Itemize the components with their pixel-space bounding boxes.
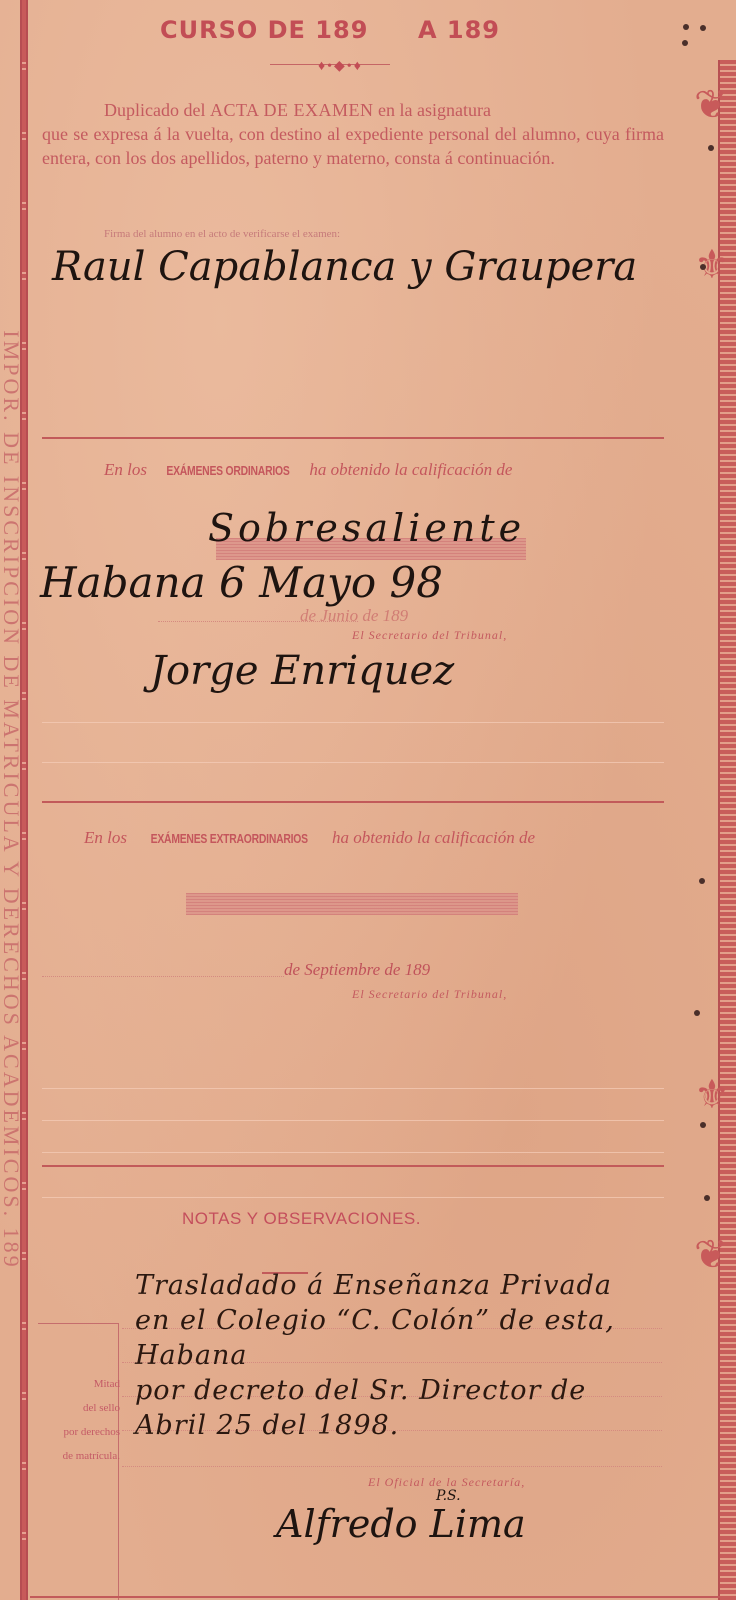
note-line: Trasladado á Enseñanza Privada (135, 1268, 695, 1303)
guide-line (42, 1152, 664, 1153)
notes-title: NOTAS Y OBSERVACIONES. (182, 1209, 421, 1229)
punch-hole (708, 145, 714, 151)
student-signature: Raul Capablanca y Graupera (52, 244, 637, 290)
fleuron-ornament-icon: ❦ (694, 30, 722, 180)
left-chain-border (20, 0, 28, 1600)
text: ha obtenido la calificación de (309, 460, 512, 479)
stub-vertical-text: IMPOR. DE INSCRIPCION DE MATRICULA Y DER… (0, 330, 22, 1269)
date-dotted-line (42, 976, 284, 977)
guide-line (42, 722, 664, 723)
fleuron-ornament-icon: ⚜ (694, 190, 722, 340)
note-line: Abril 25 del 1898. (135, 1408, 695, 1443)
student-signature-label: Firma del alumno en el acto de verificar… (104, 228, 340, 240)
punch-hole (700, 264, 706, 270)
punch-hole (700, 25, 706, 31)
acta-title: ACTA DE EXAMEN (210, 100, 374, 120)
ordinary-exams-caps: EXÁMENES ORDINARIOS (167, 463, 290, 478)
exam-certificate-document: IMPOR. DE INSCRIPCION DE MATRICULA Y DER… (0, 0, 736, 1600)
notes-handwritten: Trasladado á Enseñanza Privada en el Col… (135, 1268, 695, 1443)
extraordinary-exams-caps: EXÁMENES EXTRAORDINARIOS (151, 831, 308, 846)
ordinary-secretary-signature: Jorge Enriquez (150, 648, 454, 694)
stamp-line: Mitad (36, 1372, 120, 1396)
intro-paragraph: Duplicado del ACTA DE EXAMEN en la asign… (42, 98, 664, 170)
punch-hole (699, 878, 705, 884)
notes-dotted-line (122, 1466, 662, 1467)
punch-hole (704, 1195, 710, 1201)
extraordinary-exams-line: En los EXÁMENES EXTRAORDINARIOS ha obten… (84, 828, 535, 848)
guide-line (42, 1120, 664, 1121)
intro-text: en la asignatura (378, 100, 491, 120)
note-line: por decreto del Sr. Director de (135, 1373, 695, 1408)
diamond-ornament-icon: ♦•◆•♦ (318, 58, 363, 75)
course-from: CURSO DE 189 (160, 16, 368, 44)
ordinary-secretary-label: El Secretario del Tribunal, (352, 628, 507, 643)
text: ha obtenido la calificación de (332, 828, 535, 847)
section-divider (42, 437, 664, 439)
note-line: en el Colegio “C. Colón” de esta, Habana (135, 1303, 695, 1373)
guide-line (42, 1197, 664, 1198)
left-stub: IMPOR. DE INSCRIPCION DE MATRICULA Y DER… (0, 0, 22, 1600)
section-divider (42, 801, 664, 803)
punch-hole (682, 40, 688, 46)
stamp-line: del sello (36, 1396, 120, 1420)
ordinary-date-handwritten: Habana 6 Mayo 98 (40, 558, 443, 607)
guide-line (42, 1088, 664, 1089)
fleuron-ornament-icon: ❦ (694, 1180, 722, 1330)
extraordinary-date-printed: de Septiembre de 189 (284, 960, 430, 980)
text: En los (104, 460, 147, 479)
ordinary-exams-line: En los EXÁMENES ORDINARIOS ha obtenido l… (104, 460, 512, 480)
ordinary-date-printed: de Junio de 189 (300, 606, 408, 626)
bottom-border (30, 1596, 720, 1598)
section-divider (42, 1165, 664, 1167)
text: En los (84, 828, 127, 847)
punch-hole (700, 1122, 706, 1128)
grade-bar (186, 893, 518, 915)
ordinary-grade: Sobresaliente (208, 506, 525, 550)
stamp-line: de matrícula. (36, 1444, 120, 1468)
intro-text-rest: que se expresa á la vuelta, con destino … (42, 122, 664, 170)
punch-hole (694, 1010, 700, 1016)
intro-text: Duplicado del (104, 100, 205, 120)
official-signature: Alfredo Lima (276, 1502, 526, 1546)
course-header: CURSO DE 189 A 189 (160, 16, 500, 44)
stamp-box-text: Mitad del sello por derechos de matrícul… (36, 1372, 120, 1468)
extraordinary-secretary-label: El Secretario del Tribunal, (352, 987, 507, 1002)
fleuron-ornament-icon: ⚜ (694, 1020, 722, 1170)
punch-hole (683, 24, 689, 30)
guide-line (42, 762, 664, 763)
course-to: A 189 (418, 16, 500, 44)
stamp-line: por derechos (36, 1420, 120, 1444)
